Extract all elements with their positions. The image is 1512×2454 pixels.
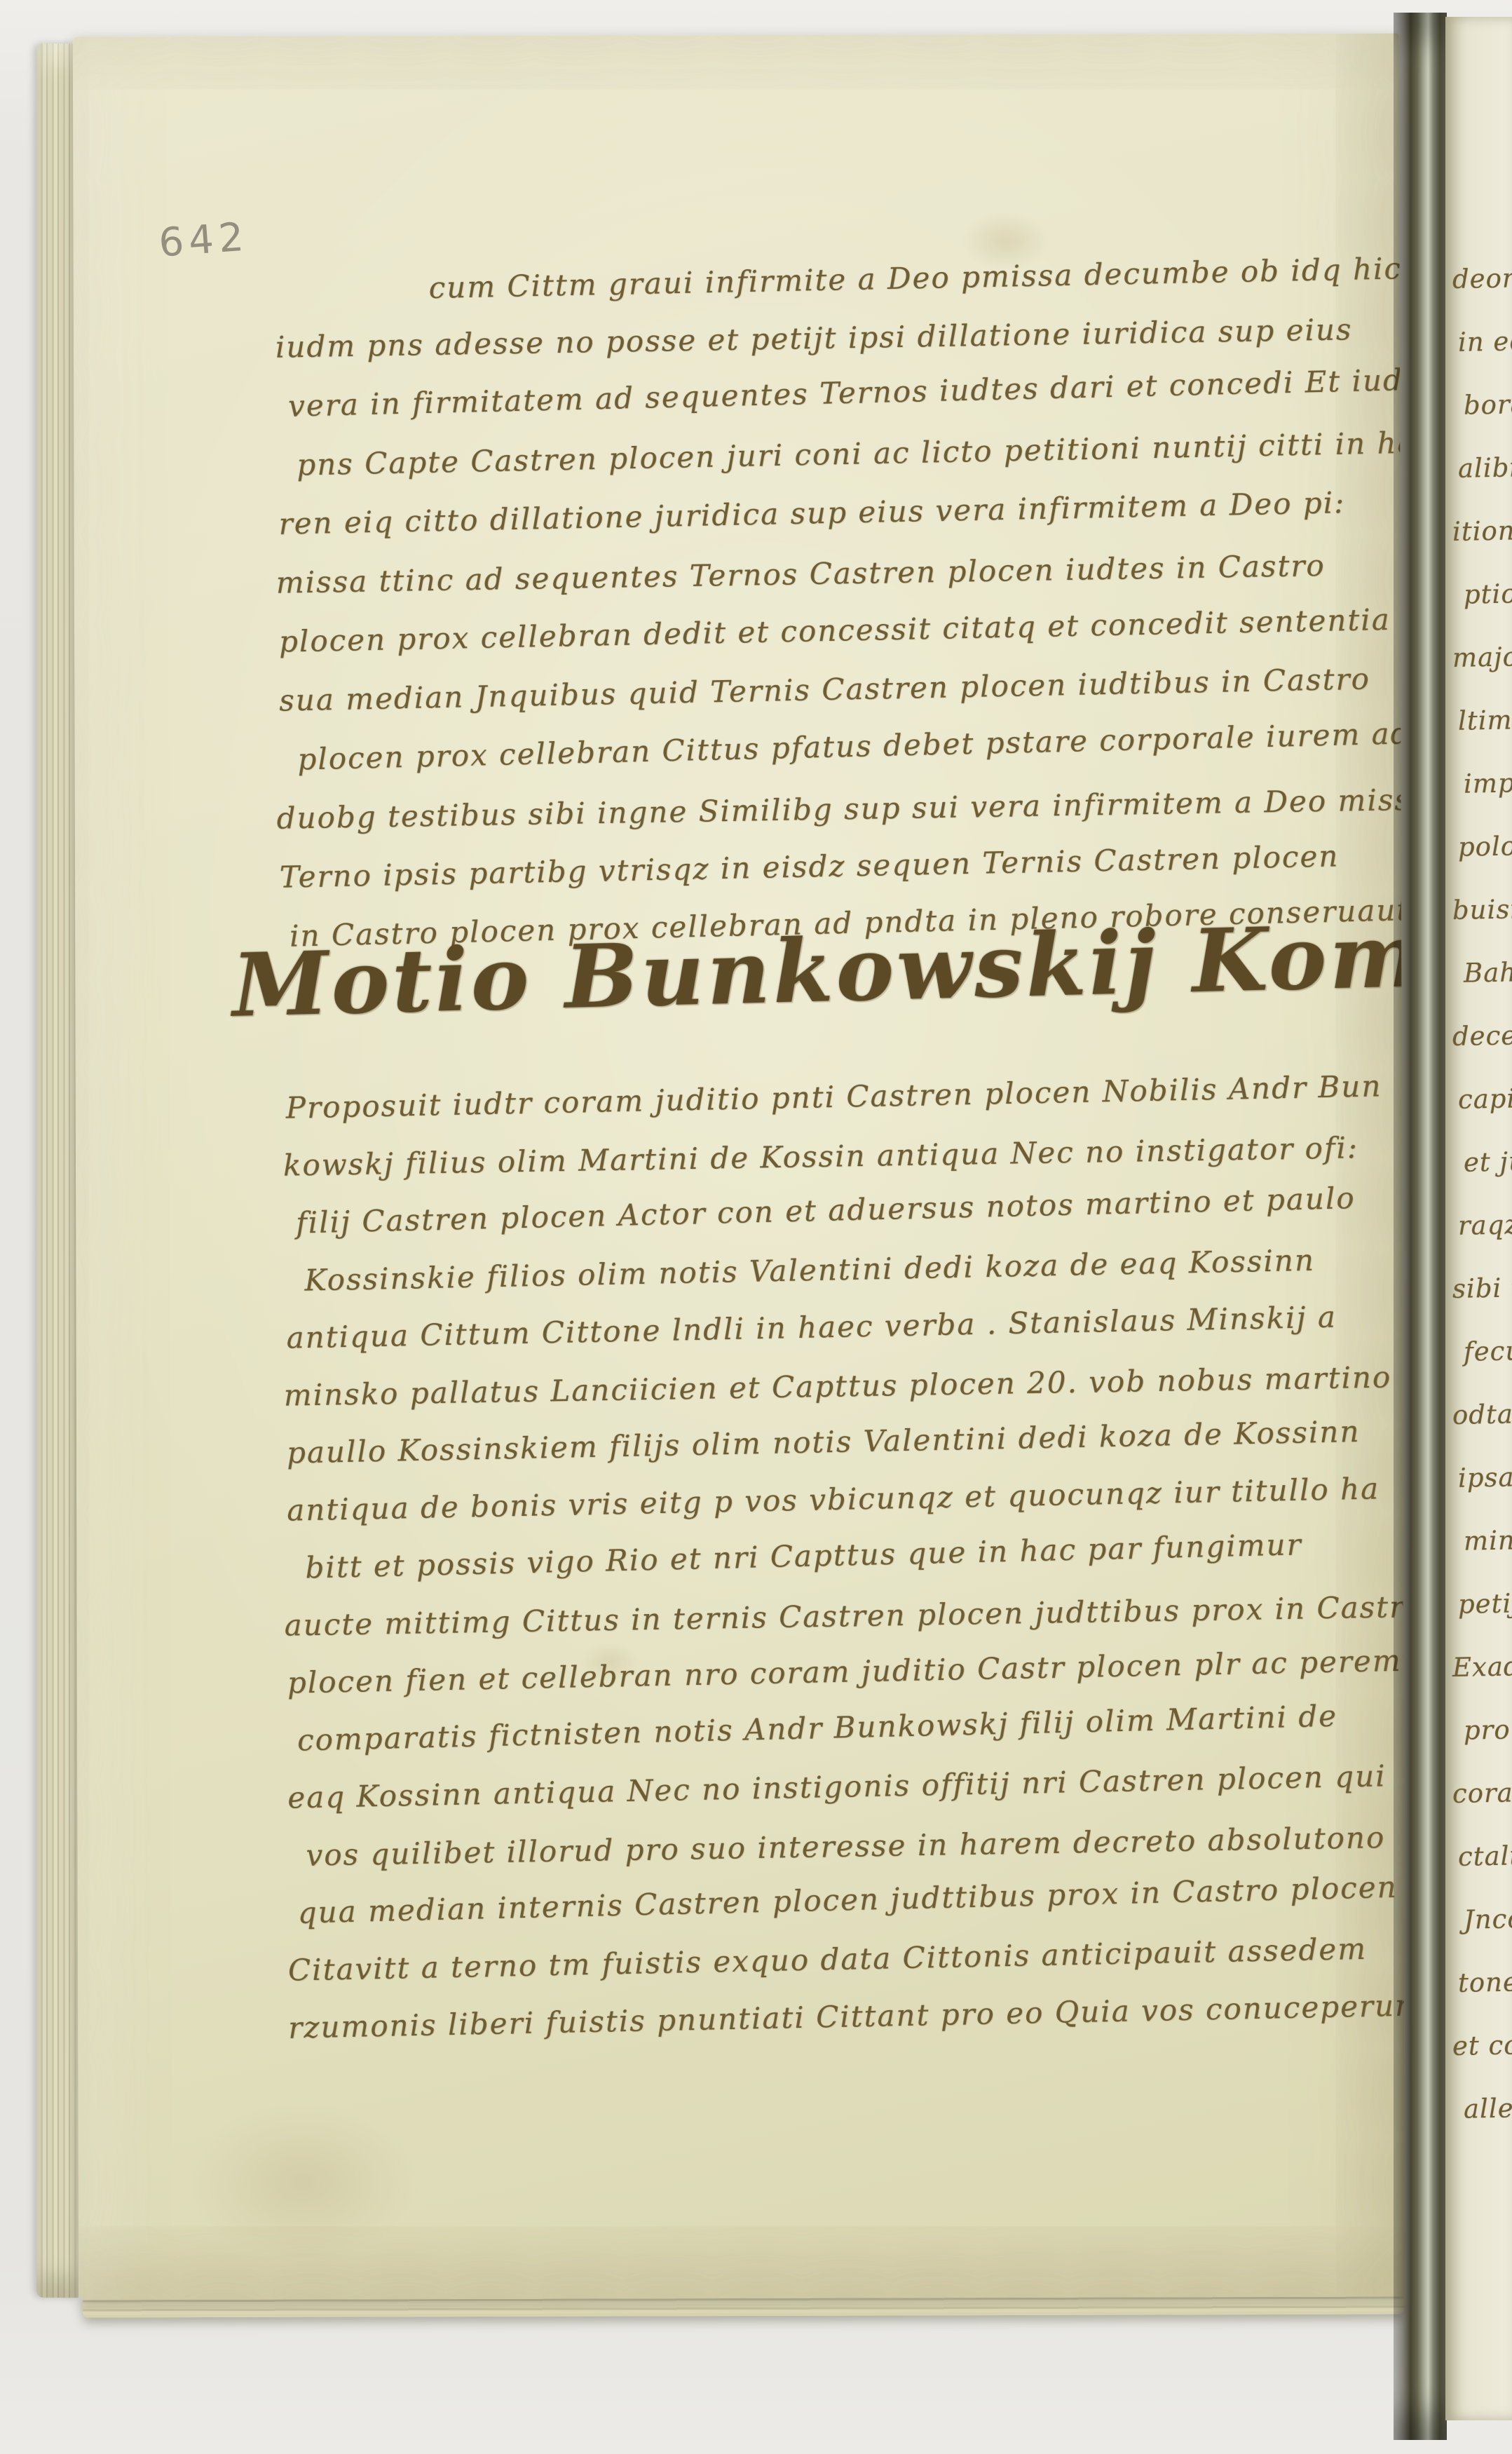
text-fragment: raqz bbox=[1452, 1193, 1512, 1258]
text-fragment: allega bbox=[1452, 2076, 1512, 2141]
text-fragment: impug bbox=[1452, 751, 1512, 816]
text-fragment: ctalt bbox=[1452, 1824, 1512, 1889]
text-fragment: et juca bbox=[1452, 1130, 1512, 1195]
text-fragment: fecud bbox=[1452, 1319, 1512, 1384]
text-fragment: bora bbox=[1452, 372, 1512, 438]
text-fragment: decern bbox=[1452, 1003, 1512, 1069]
text-fragment: majon bbox=[1452, 625, 1512, 690]
text-fragment: Bahit bbox=[1452, 940, 1512, 1005]
text-fragment: tonen bbox=[1452, 1950, 1512, 2015]
text-fragment: pro te bbox=[1452, 1697, 1512, 1763]
page-number: 642 bbox=[157, 214, 250, 266]
text-fragment: buisis bbox=[1452, 877, 1512, 942]
text-fragment: ltima bbox=[1452, 688, 1512, 753]
text-fragment: capi bbox=[1452, 1066, 1512, 1132]
book-page-edges-left bbox=[36, 43, 79, 2298]
main-paragraph: Proposuit iudtr coram juditio pnti Castr… bbox=[286, 1077, 1388, 2057]
text-fragment: alibi bbox=[1452, 435, 1512, 501]
manuscript-page: 642 cum Cittm graui infirmite a Deo pmis… bbox=[73, 34, 1405, 2300]
manuscript-photo: 642 cum Cittm graui infirmite a Deo pmis… bbox=[0, 0, 1512, 2454]
facing-page-sliver: deorin eoqboraalibiitionisptionismajonlt… bbox=[1445, 17, 1512, 2420]
text-fragment: Jnco bbox=[1452, 1887, 1512, 1952]
opening-paragraph: cum Cittm graui infirmite a Deo pmissa d… bbox=[278, 257, 1380, 966]
text-fragment: Exad bbox=[1452, 1634, 1512, 1700]
text-fragment: in eoq bbox=[1452, 309, 1512, 374]
text-fragment: ptionis bbox=[1452, 562, 1512, 627]
text-fragment: et contra bbox=[1452, 2013, 1512, 2078]
text-fragment: ipsa a bbox=[1452, 1445, 1512, 1510]
book-gutter bbox=[1394, 13, 1447, 2440]
text-fragment: sibi t bbox=[1452, 1256, 1512, 1321]
text-fragment: deor bbox=[1452, 246, 1512, 311]
text-fragment: mino bbox=[1452, 1508, 1512, 1573]
text-fragment: polon bbox=[1452, 814, 1512, 879]
facing-page-text-fragments: deorin eoqboraalibiitionisptionismajonlt… bbox=[1452, 248, 1512, 2141]
text-fragment: itionis bbox=[1452, 499, 1512, 564]
text-fragment: petijt bbox=[1452, 1571, 1512, 1636]
text-fragment: coram bbox=[1452, 1761, 1512, 1826]
text-fragment: odtauc bbox=[1452, 1382, 1512, 1447]
